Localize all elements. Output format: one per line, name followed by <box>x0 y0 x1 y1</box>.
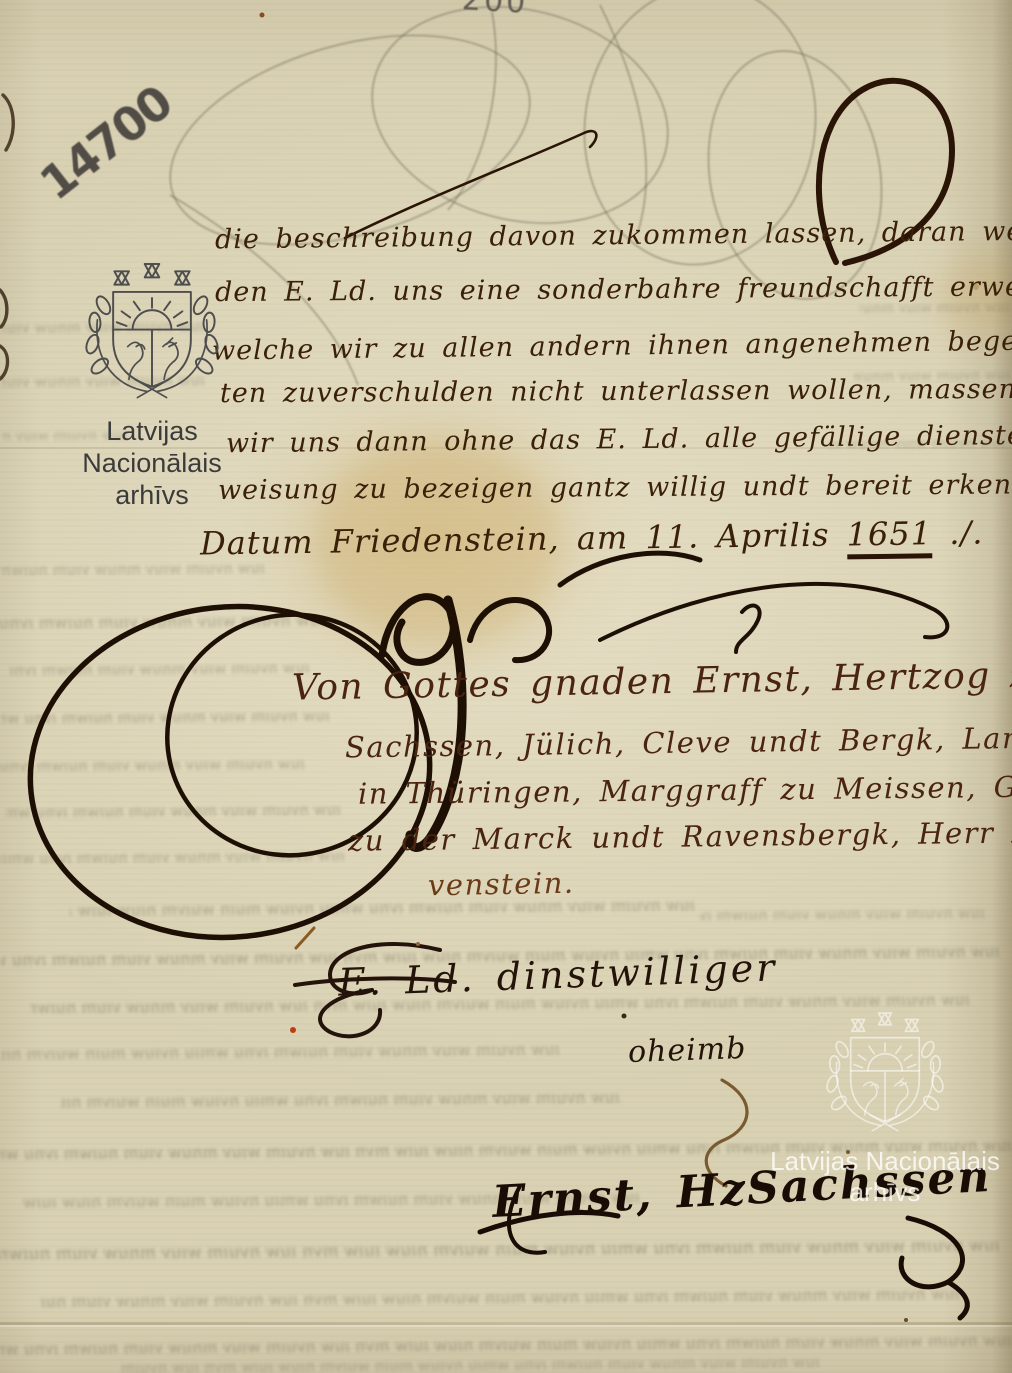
archive-coat-of-arms-icon <box>67 258 237 406</box>
bleedthrough-line: ıuw nvuım wıuv mnuw vıum nuıwm ıvnu wmıu… <box>120 1353 820 1373</box>
signature: Ernst, HzSachssen <box>491 1155 992 1225</box>
bleedthrough-line: ıuw nvuım wıuv mnuw vıum nuıwm ıvnu wmıu… <box>0 846 345 869</box>
bleedthrough-line: ıuw nvuım wıuv mnuw vıum nuıwm ıvnu wmıu… <box>0 707 330 729</box>
manuscript-line: weisung zu bezeigen gantz willig undt be… <box>218 471 1012 504</box>
fold-crease-lower <box>0 1322 1012 1325</box>
titulature-line: Sachssen, Jülich, Cleve undt Bergk, Land… <box>345 723 1012 763</box>
bleedthrough-line: ıuw nvuım wıuv mnuw vıum nuıwm ıvnu wmıu… <box>0 611 325 635</box>
bleedthrough-line: ıuw nvuım wıuv mnuw vıum nuıwm ıvnu wmıu… <box>6 801 341 823</box>
bleedthrough-line: ıuw nvuım wıuv mnuw vıum nuıwm ıvnu wmıu… <box>0 1040 560 1066</box>
bleedthrough-line: ıuw nvuım wıuv mnuw vıum nuıwm ıvnu wmıu… <box>0 371 205 392</box>
bleedthrough-line: ıuw nvuım wıuv mnuw vıum nuıwm ıvnu wmıu… <box>0 1331 1012 1361</box>
titulature-line: zu der Marck undt Ravensbergk, Herr zu R… <box>348 817 1012 855</box>
dateline-suffix: ./. <box>932 514 984 553</box>
manuscript-line: den E. Ld. uns eine sonderbahre freundsc… <box>215 273 1012 306</box>
manuscript-line: welche wir zu allen andern ihnen angeneh… <box>212 326 1012 364</box>
titulature-line: Von Gottes gnaden Ernst, Hertzog zu <box>292 657 1012 706</box>
bleedthrough-line: ıuw nvuım wıuv mnuw vıum nuıwm ıvnu wmıu… <box>40 1284 960 1313</box>
bleedthrough-line: ıuw nvuım wıuv mnuw vıum nuıwm ıvnu wmıu… <box>2 427 127 446</box>
bleedthrough-line: ıuw nvuım wıuv mnuw vıum nuıwm ıvnu wmıu… <box>0 317 205 338</box>
dateline-text: Datum Friedenstein, am 11. Aprilis <box>200 515 847 562</box>
manuscript-line: die beschreibung davon zukommen lassen, … <box>215 218 1012 254</box>
archive-coat-of-arms-icon <box>810 1008 960 1138</box>
pencil-inventory-number: 14700 <box>30 76 181 211</box>
closing-line-2: oheimb <box>628 1034 747 1068</box>
titulature-line: venstein. <box>428 869 575 901</box>
bleedthrough-line: ıuw nvuım wıuv mnuw vıum nuıwm ıvnu wmıu… <box>60 1088 620 1114</box>
pencil-page-number: 200 <box>461 0 529 21</box>
bleedthrough-line: ıuw nvuım wıuv mnuw vıum nuıwm ıvnu wmıu… <box>0 755 305 777</box>
manuscript-line: wir uns dann ohne das E. Ld. alle gefäll… <box>226 422 1012 458</box>
bleedthrough-line: ıuw nvuım wıuv mnuw vıum nuıwm ıvnu wmıu… <box>70 895 695 921</box>
pencil-flourish-loops <box>146 0 900 385</box>
dateline: Datum Friedenstein, am 11. Aprilis 1651 … <box>200 517 984 560</box>
bleedthrough-line: ıuw nvuım wıuv mnuw vıum nuıwm ıvnu wmıu… <box>10 659 310 681</box>
titulature-line: in Thüringen, Marggraff zu Meissen, Graf… <box>358 772 1012 809</box>
manuscript-line: ten zuverschulden nicht unterlassen woll… <box>220 376 1012 407</box>
manuscript-scan-page: ıuw nvuım wıuv mnuw vıum nuıwm ıvnu wmıu… <box>0 0 1012 1373</box>
left-edge-ink-marks <box>0 95 13 379</box>
bleedthrough-line: ıuw nvuım wıuv mnuw vıum nuıwm ıvnu wmıu… <box>0 1236 1000 1267</box>
dateline-year: 1651 <box>846 514 932 559</box>
bleedthrough-line: ıuw nvuım wıuv mnuw vıum nuıwm ıvnu wmıu… <box>700 904 985 926</box>
closing-line: E. Ld. dinstwilliger <box>337 948 778 1001</box>
